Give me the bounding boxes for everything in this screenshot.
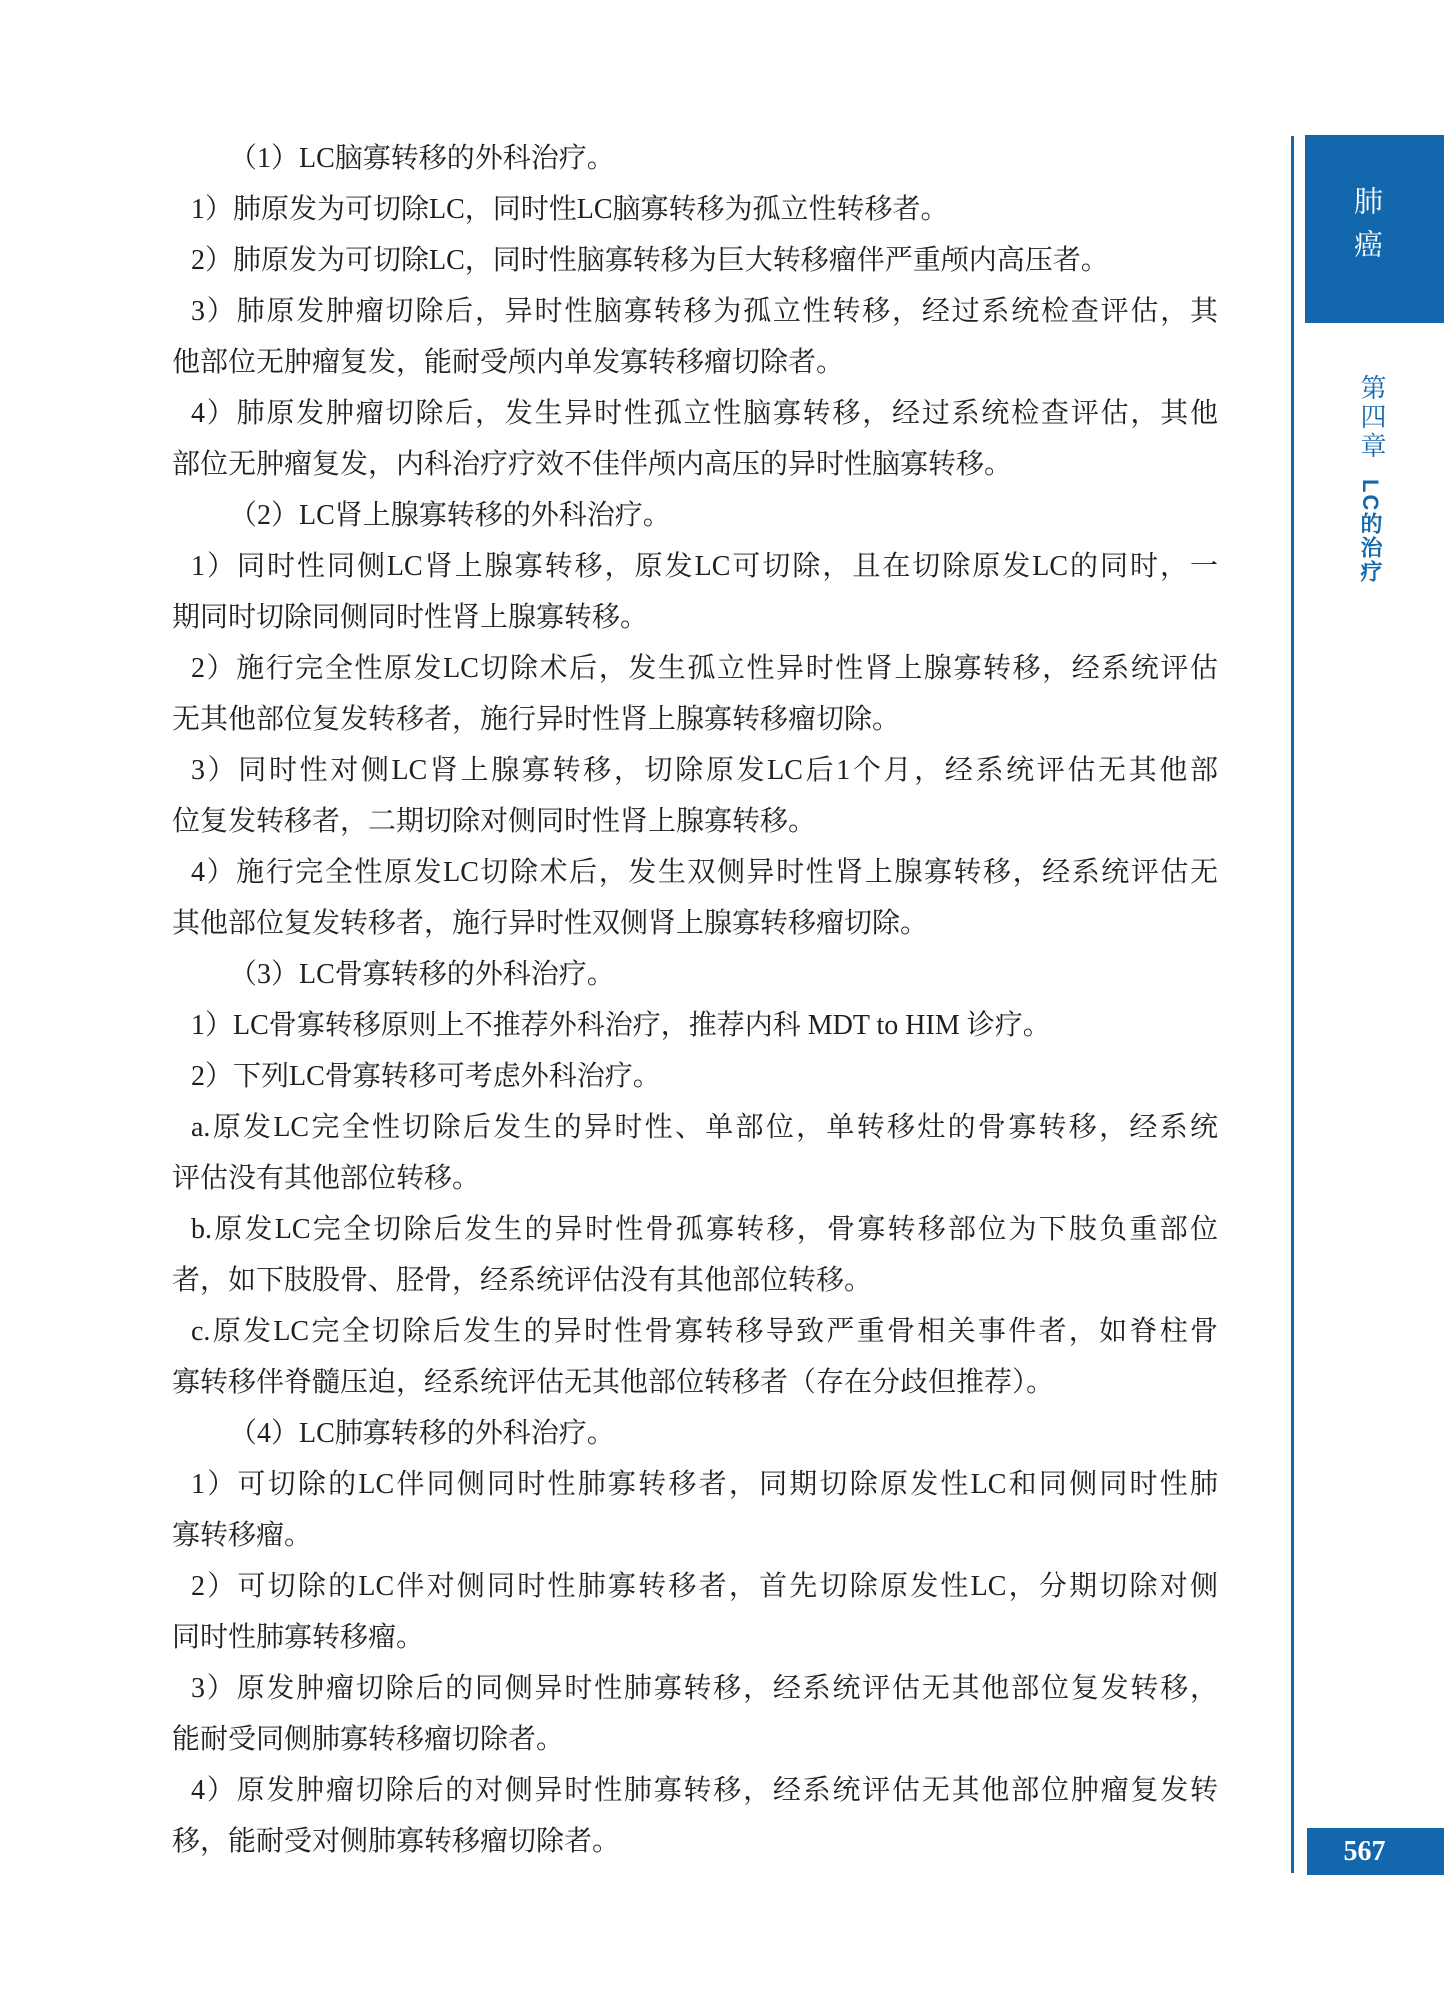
text-line: b.原发LC完全切除后发生的异时性骨孤寡转移，骨寡转移部位为下肢负重部位 [172,1204,1218,1255]
text-line: 2）可切除的LC伴对侧同时性肺寡转移者，首先切除原发性LC，分期切除对侧 [172,1561,1218,1612]
text-line: 2）肺原发为可切除LC，同时性脑寡转移为巨大转移瘤伴严重颅内高压者。 [172,235,1218,286]
sidebar-divider-line [1291,136,1294,1873]
section-tab: 肺癌 [1305,135,1444,323]
text-line: 3）肺原发肿瘤切除后，异时性脑寡转移为孤立性转移，经过系统检查评估，其 [172,286,1218,337]
page-number: 567 [1344,1836,1386,1868]
text-line: 4）肺原发肿瘤切除后，发生异时性孤立性脑寡转移，经过系统检查评估，其他 [172,388,1218,439]
text-line: 1）可切除的LC伴同侧同时性肺寡转移者，同期切除原发性LC和同侧同时性肺 [172,1459,1218,1510]
text-line: （3）LC骨寡转移的外科治疗。 [172,949,1218,1000]
page-number-badge: 567 [1307,1828,1444,1875]
text-line: 寡转移伴脊髓压迫，经系统评估无其他部位转移者（存在分歧但推荐）。 [172,1357,1218,1408]
text-line: 1）LC骨寡转移原则上不推荐外科治疗，推荐内科 MDT to HIM 诊疗。 [172,1000,1218,1051]
text-line: 能耐受同侧肺寡转移瘤切除者。 [172,1714,1218,1765]
text-line: 2）下列LC骨寡转移可考虑外科治疗。 [172,1051,1218,1102]
text-line: 无其他部位复发转移者，施行异时性肾上腺寡转移瘤切除。 [172,694,1218,745]
text-line: 4）施行完全性原发LC切除术后，发生双侧异时性肾上腺寡转移，经系统评估无 [172,847,1218,898]
text-line: 寡转移瘤。 [172,1510,1218,1561]
text-line: 2）施行完全性原发LC切除术后，发生孤立性异时性肾上腺寡转移，经系统评估 [172,643,1218,694]
text-line: 他部位无肿瘤复发，能耐受颅内单发寡转移瘤切除者。 [172,337,1218,388]
text-line: 位复发转移者，二期切除对侧同时性肾上腺寡转移。 [172,796,1218,847]
book-page: （1）LC脑寡转移的外科治疗。1）肺原发为可切除LC，同时性LC脑寡转移为孤立性… [0,0,1444,2010]
text-line: 4）原发肿瘤切除后的对侧异时性肺寡转移，经系统评估无其他部位肿瘤复发转 [172,1765,1218,1816]
text-line: 1）同时性同侧LC肾上腺寡转移，原发LC可切除，且在切除原发LC的同时，一 [172,541,1218,592]
text-line: （1）LC脑寡转移的外科治疗。 [172,133,1218,184]
chapter-title: LC的治疗 [1355,479,1386,584]
text-line: 1）肺原发为可切除LC，同时性LC脑寡转移为孤立性转移者。 [172,184,1218,235]
text-line: 其他部位复发转移者，施行异时性双侧肾上腺寡转移瘤切除。 [172,898,1218,949]
text-line: 同时性肺寡转移瘤。 [172,1612,1218,1663]
text-line: 评估没有其他部位转移。 [172,1153,1218,1204]
section-tab-label: 肺癌 [1346,186,1387,272]
body-text: （1）LC脑寡转移的外科治疗。1）肺原发为可切除LC，同时性LC脑寡转移为孤立性… [172,133,1218,1867]
text-line: （2）LC肾上腺寡转移的外科治疗。 [172,490,1218,541]
text-line: a.原发LC完全性切除后发生的异时性、单部位，单转移灶的骨寡转移，经系统 [172,1102,1218,1153]
text-line: （4）LC肺寡转移的外科治疗。 [172,1408,1218,1459]
text-line: 移，能耐受对侧肺寡转移瘤切除者。 [172,1816,1218,1867]
text-line: 部位无肿瘤复发，内科治疗疗效不佳伴颅内高压的异时性脑寡转移。 [172,439,1218,490]
text-line: 3）同时性对侧LC肾上腺寡转移，切除原发LC后1个月，经系统评估无其他部 [172,745,1218,796]
chapter-number: 第四章 [1353,374,1390,461]
text-line: 者，如下肢股骨、胫骨，经系统评估没有其他部位转移。 [172,1255,1218,1306]
text-line: c.原发LC完全切除后发生的异时性骨寡转移导致严重骨相关事件者，如脊柱骨 [172,1306,1218,1357]
text-line: 期同时切除同侧同时性肾上腺寡转移。 [172,592,1218,643]
text-line: 3）原发肿瘤切除后的同侧异时性肺寡转移，经系统评估无其他部位复发转移， [172,1663,1218,1714]
